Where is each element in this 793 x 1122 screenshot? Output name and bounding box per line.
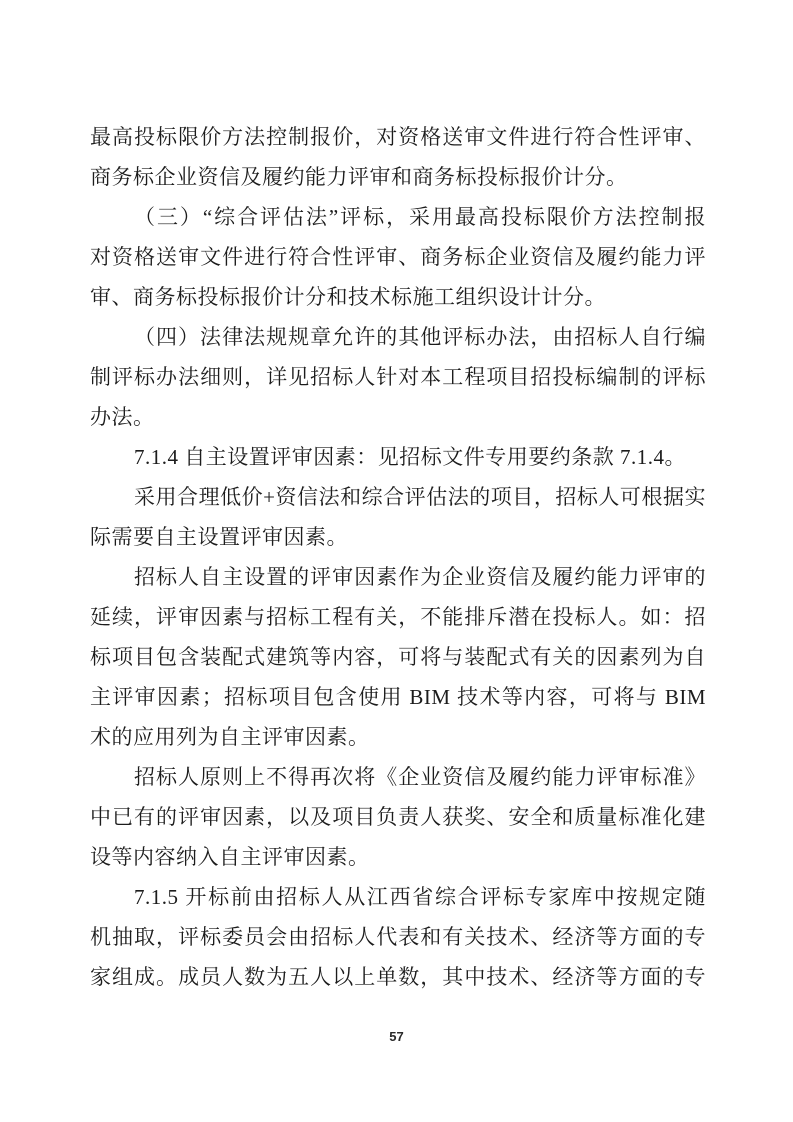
text-line: 7.1.4 自主设置评审因素：见招标文件专用要约条款 7.1.4。 xyxy=(90,437,706,477)
text-line: 办法。 xyxy=(90,397,706,437)
text-line: （四）法律法规规章允许的其他评标办法，由招标人自行编 xyxy=(90,317,706,357)
page-number: 57 xyxy=(389,1029,403,1044)
text-line: 审、商务标投标报价计分和技术标施工组织设计计分。 xyxy=(90,277,706,317)
text-line: 机抽取，评标委员会由招标人代表和有关技术、经济等方面的专 xyxy=(90,917,706,957)
text-line: 家组成。成员人数为五人以上单数，其中技术、经济等方面的专 xyxy=(90,957,706,997)
text-line: 主评审因素；招标项目包含使用 BIM 技术等内容，可将与 BIM 技 xyxy=(90,677,706,717)
page-footer: 57 xyxy=(0,1028,793,1046)
text-line: 采用合理低价+资信法和综合评估法的项目，招标人可根据实 xyxy=(90,477,706,517)
text-line: 招标人自主设置的评审因素作为企业资信及履约能力评审的 xyxy=(90,557,706,597)
text-line: 设等内容纳入自主评审因素。 xyxy=(90,837,706,877)
text-line: 标项目包含装配式建筑等内容，可将与装配式有关的因素列为自 xyxy=(90,637,706,677)
document-text-block: 最高投标限价方法控制报价，对资格送审文件进行符合性评审、商务标企业资信及履约能力… xyxy=(90,117,706,997)
text-line: 术的应用列为自主评审因素。 xyxy=(90,717,706,757)
text-line: 商务标企业资信及履约能力评审和商务标投标报价计分。 xyxy=(90,157,706,197)
text-line: 延续，评审因素与招标工程有关，不能排斥潜在投标人。如：招 xyxy=(90,597,706,637)
text-line: 最高投标限价方法控制报价，对资格送审文件进行符合性评审、 xyxy=(90,117,706,157)
text-line: 7.1.5 开标前由招标人从江西省综合评标专家库中按规定随 xyxy=(90,877,706,917)
document-page: 最高投标限价方法控制报价，对资格送审文件进行符合性评审、商务标企业资信及履约能力… xyxy=(0,0,793,1122)
text-line: 招标人原则上不得再次将《企业资信及履约能力评审标准》 xyxy=(90,757,706,797)
text-line: 制评标办法细则，详见招标人针对本工程项目招投标编制的评标 xyxy=(90,357,706,397)
text-line: 中已有的评审因素，以及项目负责人获奖、安全和质量标准化建 xyxy=(90,797,706,837)
text-line: 对资格送审文件进行符合性评审、商务标企业资信及履约能力评 xyxy=(90,237,706,277)
text-line: （三）“综合评估法”评标，采用最高投标限价方法控制报价， xyxy=(90,197,706,237)
text-line: 际需要自主设置评审因素。 xyxy=(90,517,706,557)
